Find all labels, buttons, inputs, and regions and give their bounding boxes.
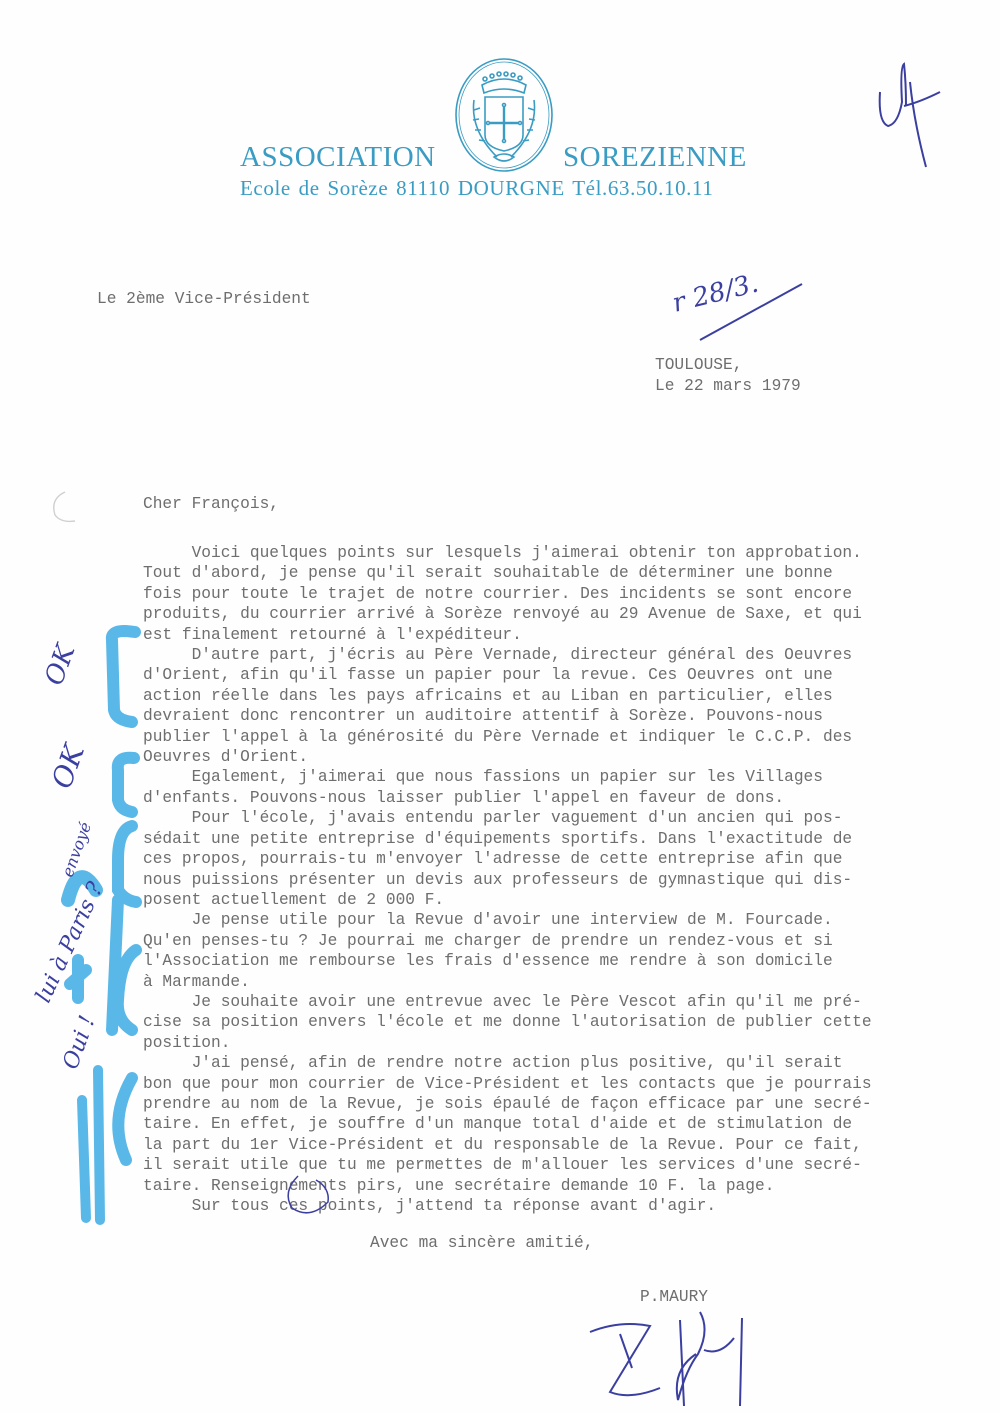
- body-line: est finalement retourné à l'expéditeur.: [143, 625, 872, 645]
- signature-name: P.MAURY: [640, 1287, 708, 1307]
- body-line: posent actuellement de 2 000 F.: [143, 890, 872, 910]
- salutation: Cher François,: [143, 494, 279, 514]
- body-line: la part du 1er Vice-Président et du resp…: [143, 1135, 872, 1155]
- body-line: action réelle dans les pays africains et…: [143, 686, 872, 706]
- letterhead-name-left: ASSOCIATION: [240, 141, 436, 174]
- body-line: Sur tous ces points, j'attend ta réponse…: [143, 1196, 872, 1216]
- margin-note-oui: Oui !: [58, 1012, 100, 1072]
- handwritten-received-note: r 28/3.: [670, 262, 810, 347]
- letterhead-name-right: SOREZIENNE: [563, 141, 747, 174]
- margin-note-envoye: envoyé: [58, 819, 95, 879]
- letter-date: Le 22 mars 1979: [655, 376, 801, 396]
- body-line: J'ai pensé, afin de rendre notre action …: [143, 1053, 872, 1073]
- body-line: D'autre part, j'écris au Père Vernade, d…: [143, 645, 872, 665]
- body-line: cise sa position envers l'école et me do…: [143, 1012, 872, 1032]
- body-line: Tout d'abord, je pense qu'il serait souh…: [143, 563, 872, 583]
- body-line: fois pour toute le trajet de notre courr…: [143, 584, 872, 604]
- body-line: Je souhaite avoir une entrevue avec le P…: [143, 992, 872, 1012]
- body-line: il serait utile que tu me permettes de m…: [143, 1155, 872, 1175]
- closing: Avec ma sincère amitié,: [370, 1233, 593, 1253]
- sender-title: Le 2ème Vice-Président: [97, 289, 311, 309]
- body-line: d'enfants. Pouvons-nous laisser publier …: [143, 788, 872, 808]
- body-line: prendre au nom de la Revue, je sois épau…: [143, 1094, 872, 1114]
- body-line: Qu'en penses-tu ? Je pourrai me charger …: [143, 931, 872, 951]
- punch-hole-mark: [45, 487, 85, 527]
- letter-page: ASSOCIATION SOREZIENNE Ecole de Sorèze 8…: [0, 0, 1000, 1413]
- margin-note-lui-a-paris: lui à Paris ?: [31, 878, 109, 1006]
- body-line: taire. En effet, je souffre d'un manque …: [143, 1114, 872, 1134]
- body-line: produits, du courrier arrivé à Sorèze re…: [143, 604, 872, 624]
- letterhead-address: Ecole de Sorèze 81110 DOURGNE Tél.63.50.…: [240, 176, 713, 201]
- body-line: ces propos, pourrais-tu m'envoyer l'adre…: [143, 849, 872, 869]
- handwritten-signature: [580, 1310, 760, 1410]
- body-line: d'Orient, afin qu'il fasse un papier pou…: [143, 665, 872, 685]
- body-line: l'Association me rembourse les frais d'e…: [143, 951, 872, 971]
- body-line: à Marmande.: [143, 972, 872, 992]
- body-line: devraient donc rencontrer un auditoire a…: [143, 706, 872, 726]
- body-line: Egalement, j'aimerai que nous fassions u…: [143, 767, 872, 787]
- letter-body: Voici quelques points sur lesquels j'aim…: [143, 543, 872, 1216]
- body-line: taire. Renseignements pirs, une secrétai…: [143, 1176, 872, 1196]
- handwritten-number-mark: [870, 62, 950, 172]
- coat-of-arms-icon: [452, 55, 556, 173]
- svg-text:r 28/3.: r 28/3.: [670, 269, 761, 319]
- margin-note-ok-2: OK: [45, 740, 91, 793]
- place: TOULOUSE,: [655, 355, 742, 375]
- body-line: bon que pour mon courrier de Vice-Présid…: [143, 1074, 872, 1094]
- body-line: position.: [143, 1033, 872, 1053]
- margin-note-ok-1: OK: [39, 641, 81, 690]
- body-line: Voici quelques points sur lesquels j'aim…: [143, 543, 872, 563]
- body-line: Je pense utile pour la Revue d'avoir une…: [143, 910, 872, 930]
- body-line: Oeuvres d'Orient.: [143, 747, 872, 767]
- body-line: sédait une petite entreprise d'équipemen…: [143, 829, 872, 849]
- body-line: Pour l'école, j'avais entendu parler vag…: [143, 808, 872, 828]
- body-line: publier l'appel à la générosité du Père …: [143, 727, 872, 747]
- body-line: nous puissions présenter un devis aux pr…: [143, 870, 872, 890]
